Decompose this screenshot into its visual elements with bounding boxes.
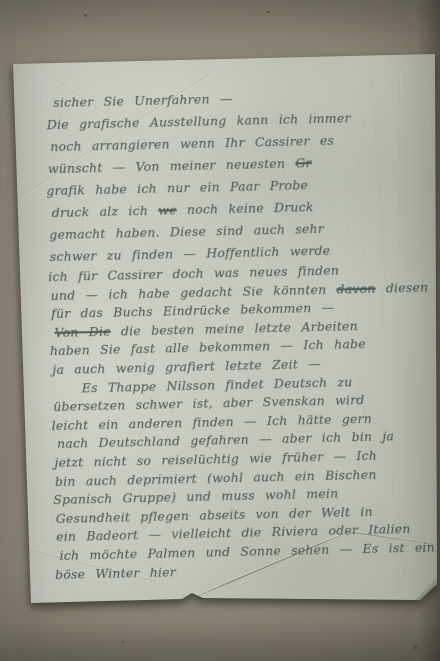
handwriting-text: schwer zu finden — Hoffentlich werde <box>50 243 331 264</box>
photo-background: sicher Sie Unerfahren —Die grafische Aus… <box>0 0 440 661</box>
handwriting-text: Die grafische Ausstellung kann ich immer <box>47 110 351 132</box>
handwriting-text: wünscht — Von meiner neuesten <box>48 155 296 176</box>
strikethrough-word: Gr <box>295 155 312 170</box>
letter-paper: sicher Sie Unerfahren —Die grafische Aus… <box>0 0 440 661</box>
strikethrough-word: davon <box>336 280 375 296</box>
handwriting-text: druck alz ich <box>52 202 159 219</box>
handwriting-text: noch keine Druck <box>176 199 313 217</box>
strikethrough-word: we <box>158 202 177 217</box>
handwriting-text: sicher Sie Unerfahren — <box>53 91 233 110</box>
strikethrough-word: Von Die <box>54 323 111 339</box>
handwriting-text: diesen <box>375 279 428 295</box>
folded-corner-shade <box>406 577 438 603</box>
handwriting-block: sicher Sie Unerfahren —Die grafische Aus… <box>46 83 440 584</box>
handwriting-text: gemacht haben. Diese sind auch sehr <box>49 221 324 242</box>
letter-paper-shadow: sicher Sie Unerfahren —Die grafische Aus… <box>0 0 440 661</box>
handwriting-text: noch arrangieren wenn Ihr Cassirer es <box>50 132 334 153</box>
handwriting-text: böse Winter hier <box>55 564 176 582</box>
handwriting-text: grafik habe ich nur ein Paar Probe <box>46 177 308 198</box>
